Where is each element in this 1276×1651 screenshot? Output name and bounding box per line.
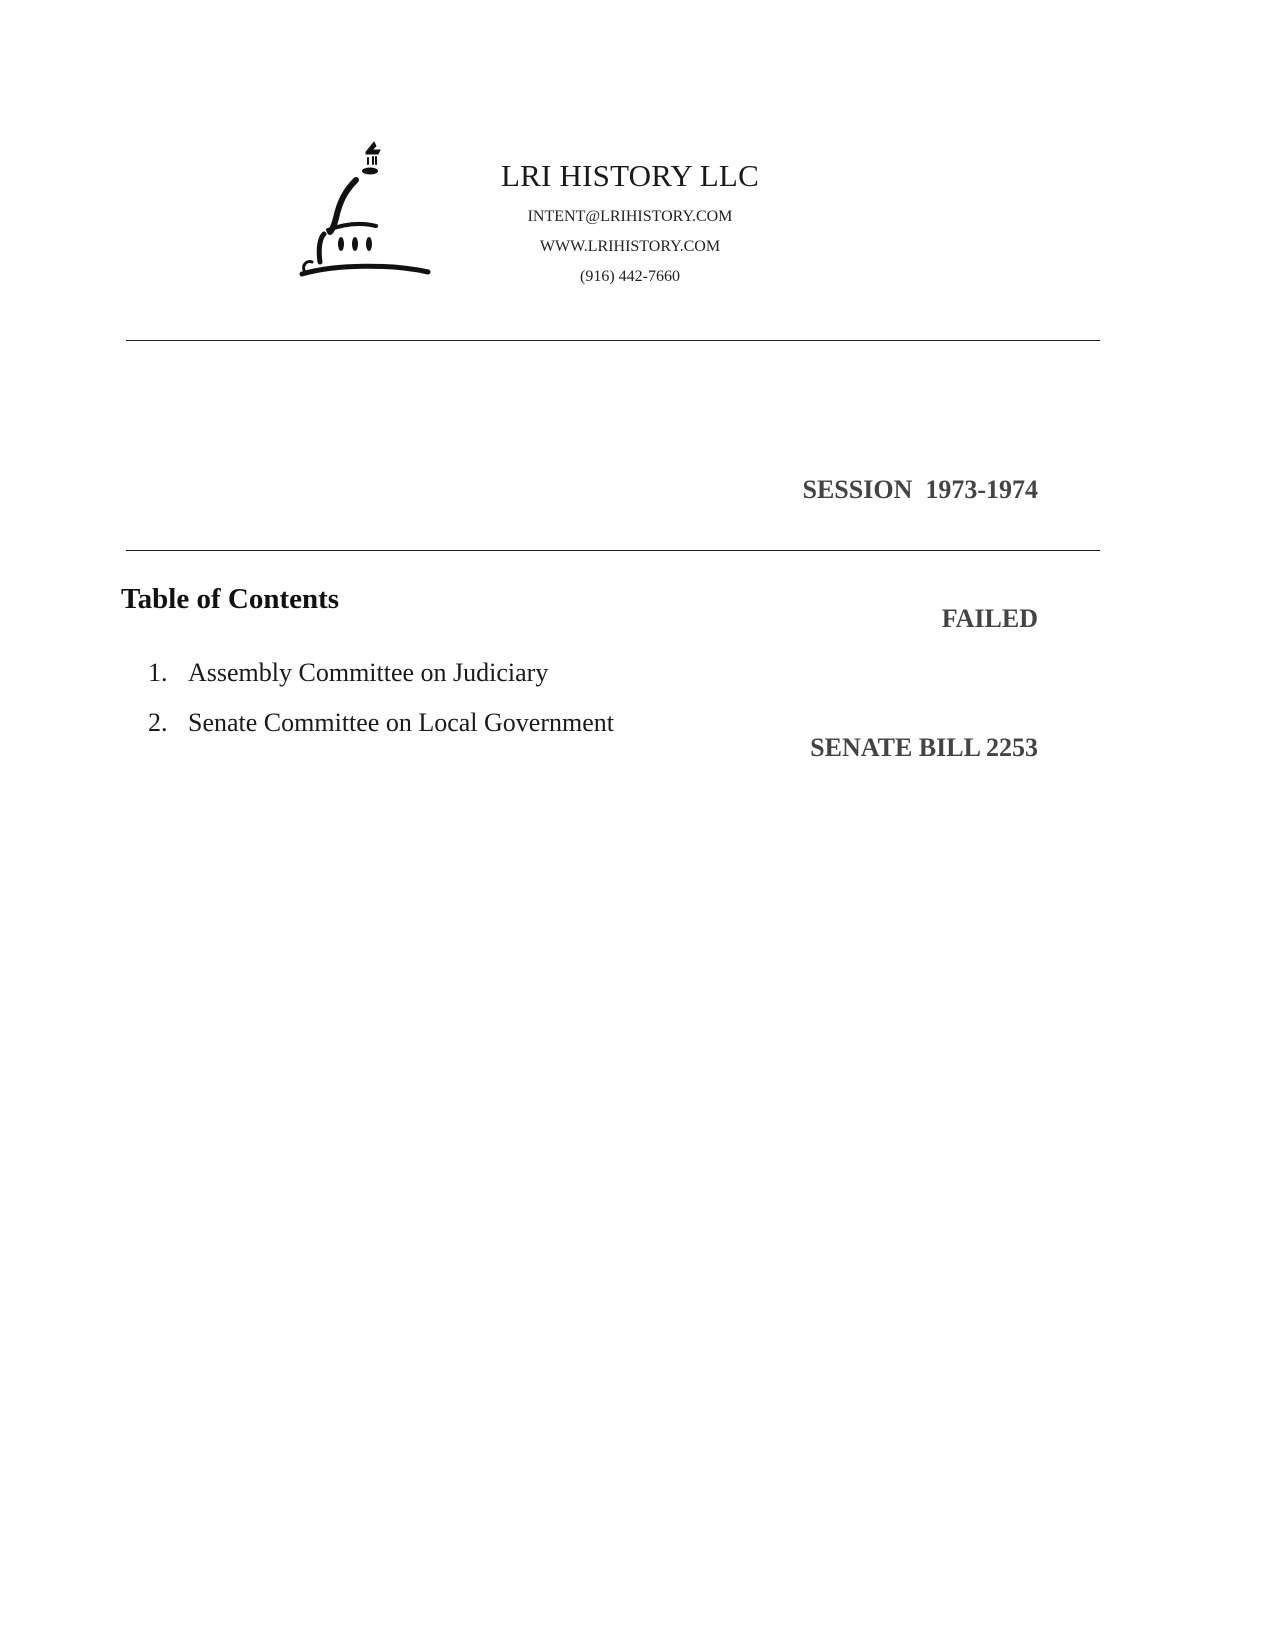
company-name: LRI HISTORY LLC <box>450 158 810 194</box>
company-website: WWW.LRIHISTORY.COM <box>450 232 810 262</box>
toc-item[interactable]: 1. Assembly Committee on Judiciary <box>148 648 614 698</box>
session-label: SESSION 1973-1974 <box>803 468 1039 511</box>
company-phone: (916) 442-7660 <box>450 262 810 292</box>
toc-item-number: 1. <box>148 648 188 698</box>
company-header: LRI HISTORY LLC INTENT@LRIHISTORY.COM WW… <box>450 158 810 292</box>
toc-list: 1. Assembly Committee on Judiciary 2. Se… <box>148 648 614 748</box>
toc-item-label[interactable]: Senate Committee on Local Government <box>188 698 614 748</box>
divider-top <box>126 340 1100 341</box>
toc-title: Table of Contents <box>121 583 339 616</box>
toc-item-label[interactable]: Assembly Committee on Judiciary <box>188 648 548 698</box>
divider-bottom <box>126 550 1100 551</box>
toc-item[interactable]: 2. Senate Committee on Local Government <box>148 698 614 748</box>
bill-status: FAILED <box>803 597 1039 640</box>
capitol-dome-icon <box>296 134 432 284</box>
toc-item-number: 2. <box>148 698 188 748</box>
bill-info: SESSION 1973-1974 FAILED SENATE BILL 225… <box>803 382 1039 812</box>
company-email: INTENT@LRIHISTORY.COM <box>450 202 810 232</box>
bill-name: SENATE BILL 2253 <box>803 726 1039 769</box>
